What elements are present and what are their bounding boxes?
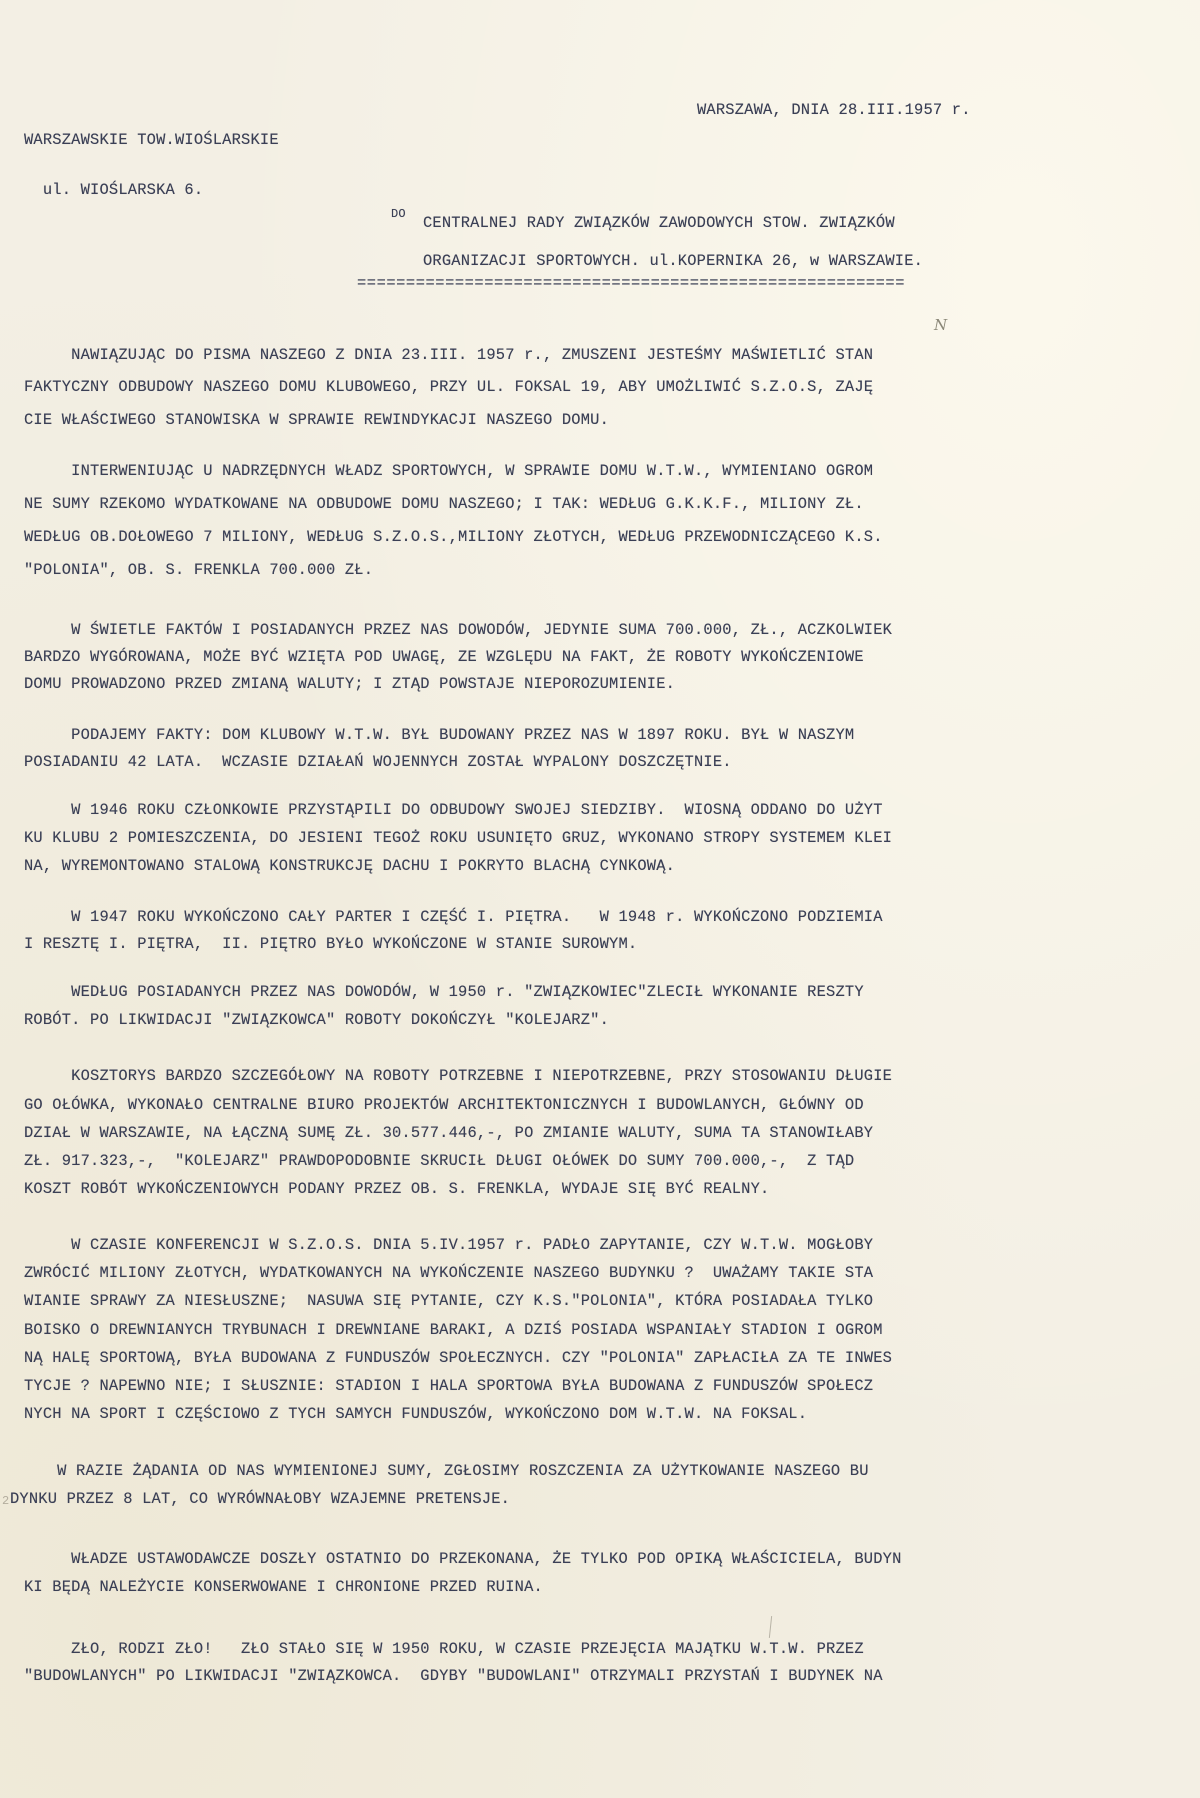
- margin-mark: 2: [2, 1494, 9, 1508]
- text-line: W 1946 ROKU CZŁONKOWIE PRZYSTĄPILI DO OD…: [24, 801, 883, 819]
- sender-block: WARSZAWSKIE TOW.WIOŚLARSKIE ul. WIOŚLARS…: [24, 100, 279, 230]
- text-line: INTERWENIUJĄC U NADRZĘDNYCH WŁADZ SPORTO…: [24, 462, 873, 480]
- text-line: "POLONIA", OB. S. FRENKLA 700.000 ZŁ.: [24, 561, 373, 579]
- text-line: I RESZTĘ I. PIĘTRA, II. PIĘTRO BYŁO WYKO…: [24, 935, 637, 953]
- text-line: GO OŁÓWKA, WYKONAŁO CENTRALNE BIURO PROJ…: [24, 1096, 864, 1114]
- pencil-stroke: [769, 1616, 772, 1638]
- text-line: CIE WŁAŚCIWEGO STANOWISKA W SPRAWIE REWI…: [24, 411, 609, 429]
- text-line: FAKTYCZNY ODBUDOWY NASZEGO DOMU KLUBOWEG…: [24, 378, 873, 396]
- text-line: DOMU PROWADZONO PRZED ZMIANĄ WALUTY; I Z…: [24, 675, 675, 693]
- sender-name: WARSZAWSKIE TOW.WIOŚLARSKIE: [24, 131, 279, 150]
- text-line: WEDŁUG OB.DOŁOWEGO 7 MILIONY, WEDŁUG S.Z…: [24, 528, 883, 546]
- text-line: "BUDOWLANYCH" PO LIKWIDACJI "ZWIĄZKOWCA.…: [24, 1667, 883, 1685]
- handwritten-correction: N: [934, 316, 947, 334]
- text-line: KOSZT ROBÓT WYKOŃCZENIOWYCH PODANY PRZEZ…: [24, 1180, 769, 1198]
- text-line: POSIADANIU 42 LATA. WCZASIE DZIAŁAŃ WOJE…: [24, 753, 732, 771]
- addressee-prefix: DO: [391, 208, 406, 220]
- typewritten-letter: WARSZAWSKIE TOW.WIOŚLARSKIE ul. WIOŚLARS…: [0, 0, 1200, 1798]
- text-line: DYNKU PRZEZ 8 LAT, CO WYRÓWNAŁOBY WZAJEM…: [10, 1490, 510, 1508]
- text-line: NĄ HALĘ SPORTOWĄ, BYŁA BUDOWANA Z FUNDUS…: [24, 1349, 892, 1367]
- text-line: ZWRÓCIĆ MILIONY ZŁOTYCH, WYDATKOWANYCH N…: [24, 1264, 873, 1282]
- text-line: WŁADZE USTAWODAWCZE DOSZŁY OSTATNIO DO P…: [24, 1550, 902, 1568]
- text-line: W 1947 ROKU WYKOŃCZONO CAŁY PARTER I CZĘ…: [24, 908, 883, 926]
- text-line: KI BĘDĄ NALEŻYCIE KONSERWOWANE I CHRONIO…: [24, 1578, 543, 1596]
- text-line: ZŁO, RODZI ZŁO! ZŁO STAŁO SIĘ W 1950 ROK…: [24, 1640, 864, 1658]
- text-line: BARDZO WYGÓROWANA, MOŻE BYĆ WZIĘTA POD U…: [24, 648, 864, 666]
- text-line: KOSZTORYS BARDZO SZCZEGÓŁOWY NA ROBOTY P…: [24, 1067, 892, 1085]
- text-line: DZIAŁ W WARSZAWIE, NA ŁĄCZNĄ SUMĘ ZŁ. 30…: [24, 1124, 873, 1142]
- text-line: NA, WYREMONTOWANO STALOWĄ KONSTRUKCJĘ DA…: [24, 857, 675, 875]
- text-line: W CZASIE KONFERENCJI W S.Z.O.S. DNIA 5.I…: [24, 1236, 873, 1254]
- addressee-line-2: ORGANIZACJI SPORTOWYCH. ul.KOPERNIKA 26,…: [423, 254, 923, 269]
- text-line: NAWIĄZUJĄC DO PISMA NASZEGO Z DNIA 23.II…: [24, 346, 873, 364]
- text-line: WIANIE SPRAWY ZA NIESŁUSZNE; NASUWA SIĘ …: [24, 1292, 873, 1310]
- text-line: NE SUMY RZEKOMO WYDATKOWANE NA ODBUDOWE …: [24, 495, 864, 513]
- addressee-line-1: CENTRALNEJ RADY ZWIĄZKÓW ZAWODOWYCH STOW…: [423, 216, 895, 231]
- text-line: W ŚWIETLE FAKTÓW I POSIADANYCH PRZEZ NAS…: [24, 621, 892, 639]
- text-line: ROBÓT. PO LIKWIDACJI "ZWIĄZKOWCA" ROBOTY…: [24, 1011, 609, 1029]
- separator-rule: ========================================…: [357, 276, 905, 291]
- text-line: WEDŁUG POSIADANYCH PRZEZ NAS DOWODÓW, W …: [24, 983, 864, 1001]
- text-line: NYCH NA SPORT I CZĘŚCIOWO Z TYCH SAMYCH …: [24, 1405, 807, 1423]
- sender-address: ul. WIOŚLARSKA 6.: [24, 181, 279, 200]
- text-line: BOISKO O DREWNIANYCH TRYBUNACH I DREWNIA…: [24, 1321, 883, 1339]
- place-date: WARSZAWA, DNIA 28.III.1957 r.: [697, 103, 971, 118]
- text-line: KU KLUBU 2 POMIESZCZENIA, DO JESIENI TEG…: [24, 829, 892, 847]
- text-line: W RAZIE ŻĄDANIA OD NAS WYMIENIONEJ SUMY,…: [10, 1462, 869, 1480]
- text-line: PODAJEMY FAKTY: DOM KLUBOWY W.T.W. BYŁ B…: [24, 726, 854, 744]
- text-line: TYCJE ? NAPEWNO NIE; I SŁUSZNIE: STADION…: [24, 1377, 873, 1395]
- text-line: ZŁ. 917.323,-, "KOLEJARZ" PRAWDOPODOBNIE…: [24, 1152, 854, 1170]
